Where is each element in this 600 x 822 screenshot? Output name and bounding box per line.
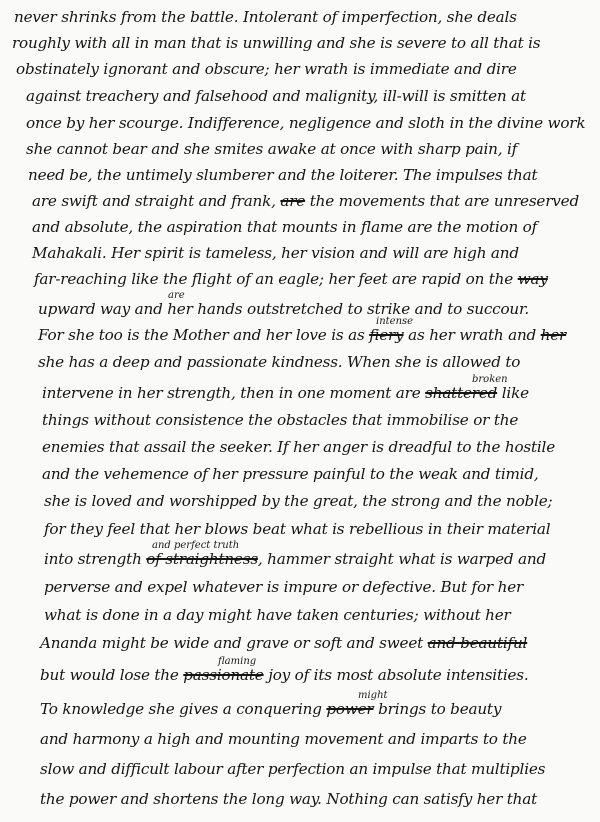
- manuscript-line: and absolute, the aspiration that mounts…: [32, 218, 537, 236]
- manuscript-line: are swift and straight and frank, are th…: [32, 192, 579, 210]
- line-text: To knowledge she gives a conquering: [40, 700, 326, 718]
- struck-word: power: [326, 700, 373, 718]
- line-text: far-reaching like the flight of an eagle…: [34, 270, 518, 288]
- line-text: joy of its most absolute intensities.: [264, 666, 529, 684]
- manuscript-line: intervene in her strength, then in one m…: [42, 384, 529, 402]
- manuscript-line: perverse and expel whatever is impure or…: [44, 578, 523, 596]
- struck-word: her: [541, 326, 566, 344]
- line-text: Ananda might be wide and grave or soft a…: [40, 634, 428, 652]
- struck-word: fiery: [369, 326, 403, 344]
- manuscript-line: things without consistence the obstacles…: [42, 411, 518, 429]
- struck-word: and beautiful: [428, 634, 528, 652]
- manuscript-line: Ananda might be wide and grave or soft a…: [40, 634, 527, 652]
- manuscript-line: need be, the untimely slumberer and the …: [28, 166, 537, 184]
- manuscript-line: once by her scourge. Indifference, negli…: [26, 114, 585, 132]
- struck-word: passionate: [183, 666, 263, 684]
- manuscript-line: Mahakali. Her spirit is tameless, her vi…: [32, 244, 519, 262]
- manuscript-line: roughly with all in man that is unwillin…: [12, 34, 540, 52]
- line-text: like: [497, 384, 529, 402]
- line-text: the movements that are unreserved: [305, 192, 579, 210]
- manuscript-line: for they feel that her blows beat what i…: [44, 520, 550, 538]
- manuscript-line: into strength of straightness, hammer st…: [44, 550, 546, 568]
- struck-word: shattered: [425, 384, 497, 402]
- line-text: For she too is the Mother and her love i…: [38, 326, 369, 344]
- manuscript-line: but would lose the passionate joy of its…: [40, 666, 529, 684]
- manuscript-line: she cannot bear and she smites awake at …: [26, 140, 517, 158]
- line-text: brings to beauty: [374, 700, 502, 718]
- manuscript-line: never shrinks from the battle. Intoleran…: [14, 8, 517, 26]
- line-text: into strength: [44, 550, 146, 568]
- line-text: intervene in her strength, then in one m…: [42, 384, 425, 402]
- manuscript-line: enemies that assail the seeker. If her a…: [42, 438, 555, 456]
- manuscript-line: and harmony a high and mounting movement…: [40, 730, 527, 748]
- struck-word: are: [280, 192, 305, 210]
- manuscript-line: For she too is the Mother and her love i…: [38, 326, 566, 344]
- manuscript-line: and the vehemence of her pressure painfu…: [42, 465, 539, 483]
- line-text: , hammer straight what is warped and: [258, 550, 546, 568]
- manuscript-line: she is loved and worshipped by the great…: [44, 492, 552, 510]
- manuscript-page: never shrinks from the battle. Intoleran…: [0, 0, 600, 822]
- manuscript-line: far-reaching like the flight of an eagle…: [34, 270, 548, 288]
- manuscript-line: obstinately ignorant and obscure; her wr…: [16, 60, 517, 78]
- line-text: are swift and straight and frank,: [32, 192, 280, 210]
- struck-word: way: [518, 270, 548, 288]
- manuscript-line: she has a deep and passionate kindness. …: [38, 353, 520, 371]
- manuscript-line: against treachery and falsehood and mali…: [26, 87, 526, 105]
- manuscript-line: To knowledge she gives a conquering powe…: [40, 700, 501, 718]
- manuscript-line: what is done in a day might have taken c…: [44, 606, 511, 624]
- line-text: but would lose the: [40, 666, 183, 684]
- manuscript-line: the power and shortens the long way. Not…: [40, 790, 537, 808]
- line-text: as her wrath and: [404, 326, 541, 344]
- struck-word: of straightness: [146, 550, 258, 568]
- manuscript-line: slow and difficult labour after perfecti…: [40, 760, 545, 778]
- manuscript-line: upward way and her hands outstretched to…: [38, 300, 529, 318]
